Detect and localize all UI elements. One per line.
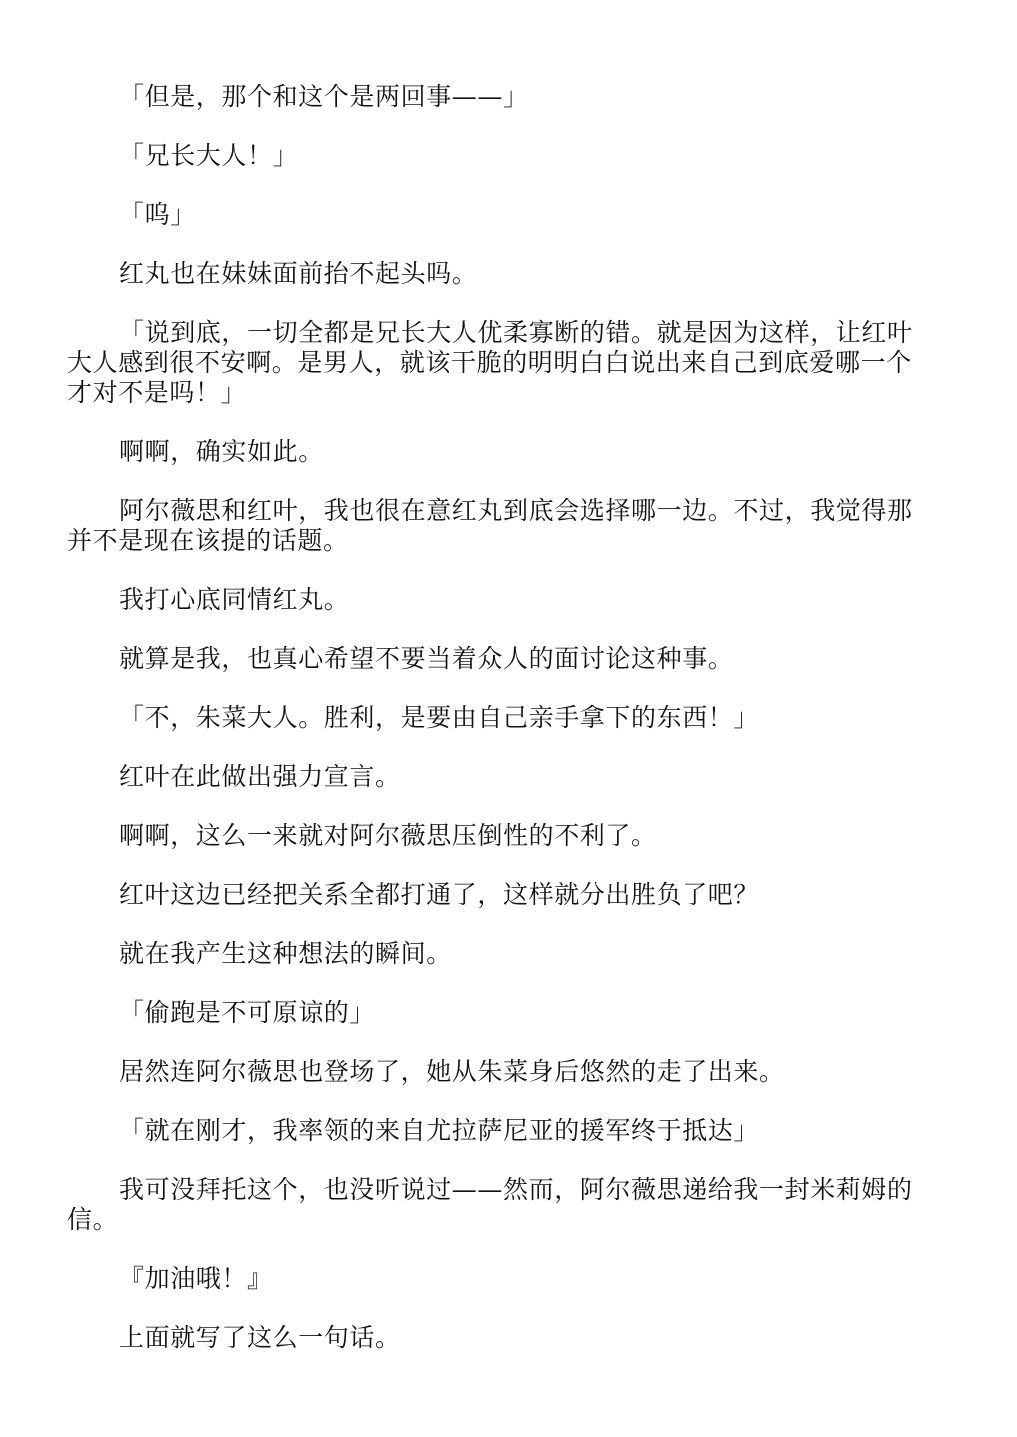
paragraph: 「呜」: [67, 200, 929, 230]
paragraph: 红丸也在妹妹面前抬不起头吗。: [67, 259, 929, 289]
paragraph: 啊啊，确实如此。: [67, 437, 929, 467]
paragraph: 「偷跑是不可原谅的」: [67, 998, 929, 1028]
paragraph: 我可没拜托这个，也没听说过——然而，阿尔薇思递给我一封米莉姆的信。: [67, 1175, 929, 1235]
paragraph: 「但是，那个和这个是两回事——」: [67, 82, 929, 112]
paragraph: 「就在刚才，我率领的来自尤拉萨尼亚的援军终于抵达」: [67, 1116, 929, 1146]
paragraph: 就在我产生这种想法的瞬间。: [67, 939, 929, 969]
paragraph: 我打心底同情红丸。: [67, 585, 929, 615]
paragraph: 「不，朱菜大人。胜利，是要由自己亲手拿下的东西！」: [67, 703, 929, 733]
paragraph: 上面就写了这么一句话。: [67, 1323, 929, 1353]
paragraph: 「兄长大人！」: [67, 141, 929, 171]
paragraph: 就算是我，也真心希望不要当着众人的面讨论这种事。: [67, 644, 929, 674]
document-page: 「但是，那个和这个是两回事——」 「兄长大人！」 「呜」 红丸也在妹妹面前抬不起…: [67, 82, 929, 1382]
paragraph: 「说到底，一切全都是兄长大人优柔寡断的错。就是因为这样，让红叶大人感到很不安啊。…: [67, 318, 929, 408]
paragraph: 啊啊，这么一来就对阿尔薇思压倒性的不利了。: [67, 821, 929, 851]
paragraph: 阿尔薇思和红叶，我也很在意红丸到底会选择哪一边。不过，我觉得那并不是现在该提的话…: [67, 496, 929, 556]
paragraph: 红叶这边已经把关系全都打通了，这样就分出胜负了吧？: [67, 880, 929, 910]
paragraph: 『加油哦！』: [67, 1264, 929, 1294]
paragraph: 红叶在此做出强力宣言。: [67, 762, 929, 792]
paragraph: 居然连阿尔薇思也登场了，她从朱菜身后悠然的走了出来。: [67, 1057, 929, 1087]
